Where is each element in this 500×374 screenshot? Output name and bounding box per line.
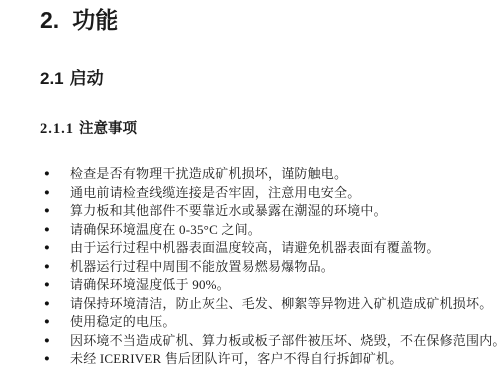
section-title: 功能 bbox=[72, 7, 118, 33]
notice-item: 请确保环境湿度低于 90%。 bbox=[40, 276, 486, 295]
notice-item: 由于运行过程中机器表面温度较高，请避免机器表面有覆盖物。 bbox=[40, 239, 486, 258]
document-page: 2.功能 2.1启动 2.1.1注意事项 检查是否有物理干扰造成矿机损坏，谨防触… bbox=[0, 0, 500, 374]
notice-item: 检查是否有物理干扰造成矿机损坏，谨防触电。 bbox=[40, 165, 486, 184]
notice-item: 使用稳定的电压。 bbox=[40, 313, 486, 332]
notice-item: 算力板和其他部件不要靠近水或暴露在潮湿的环境中。 bbox=[40, 202, 486, 221]
notice-item: 请保持环境清洁，防止灰尘、毛发、柳絮等异物进入矿机造成矿机损坏。 bbox=[40, 295, 486, 314]
subsubsection-title: 注意事项 bbox=[79, 121, 137, 137]
subsubsection-number: 2.1.1 bbox=[40, 121, 74, 137]
subsection-title: 启动 bbox=[70, 69, 104, 88]
notice-list: 检查是否有物理干扰造成矿机损坏，谨防触电。通电前请检查线缆连接是否牢固，注意用电… bbox=[40, 165, 486, 369]
section-heading: 2.功能 bbox=[40, 6, 486, 34]
subsection-number: 2.1 bbox=[40, 69, 64, 88]
subsection-heading: 2.1启动 bbox=[40, 68, 486, 90]
notice-item: 机器运行过程中周围不能放置易燃易爆物品。 bbox=[40, 258, 486, 277]
notice-item: 未经 ICERIVER 售后团队许可，客户不得自行拆卸矿机。 bbox=[40, 350, 486, 369]
subsubsection-heading: 2.1.1注意事项 bbox=[40, 120, 486, 138]
notice-item: 通电前请检查线缆连接是否牢固，注意用电安全。 bbox=[40, 184, 486, 203]
notice-item: 因环境不当造成矿机、算力板或板子部件被压坏、烧毁，不在保修范围内。 bbox=[40, 332, 486, 351]
section-number: 2. bbox=[40, 7, 59, 33]
notice-item: 请确保环境温度在 0-35°C 之间。 bbox=[40, 221, 486, 240]
